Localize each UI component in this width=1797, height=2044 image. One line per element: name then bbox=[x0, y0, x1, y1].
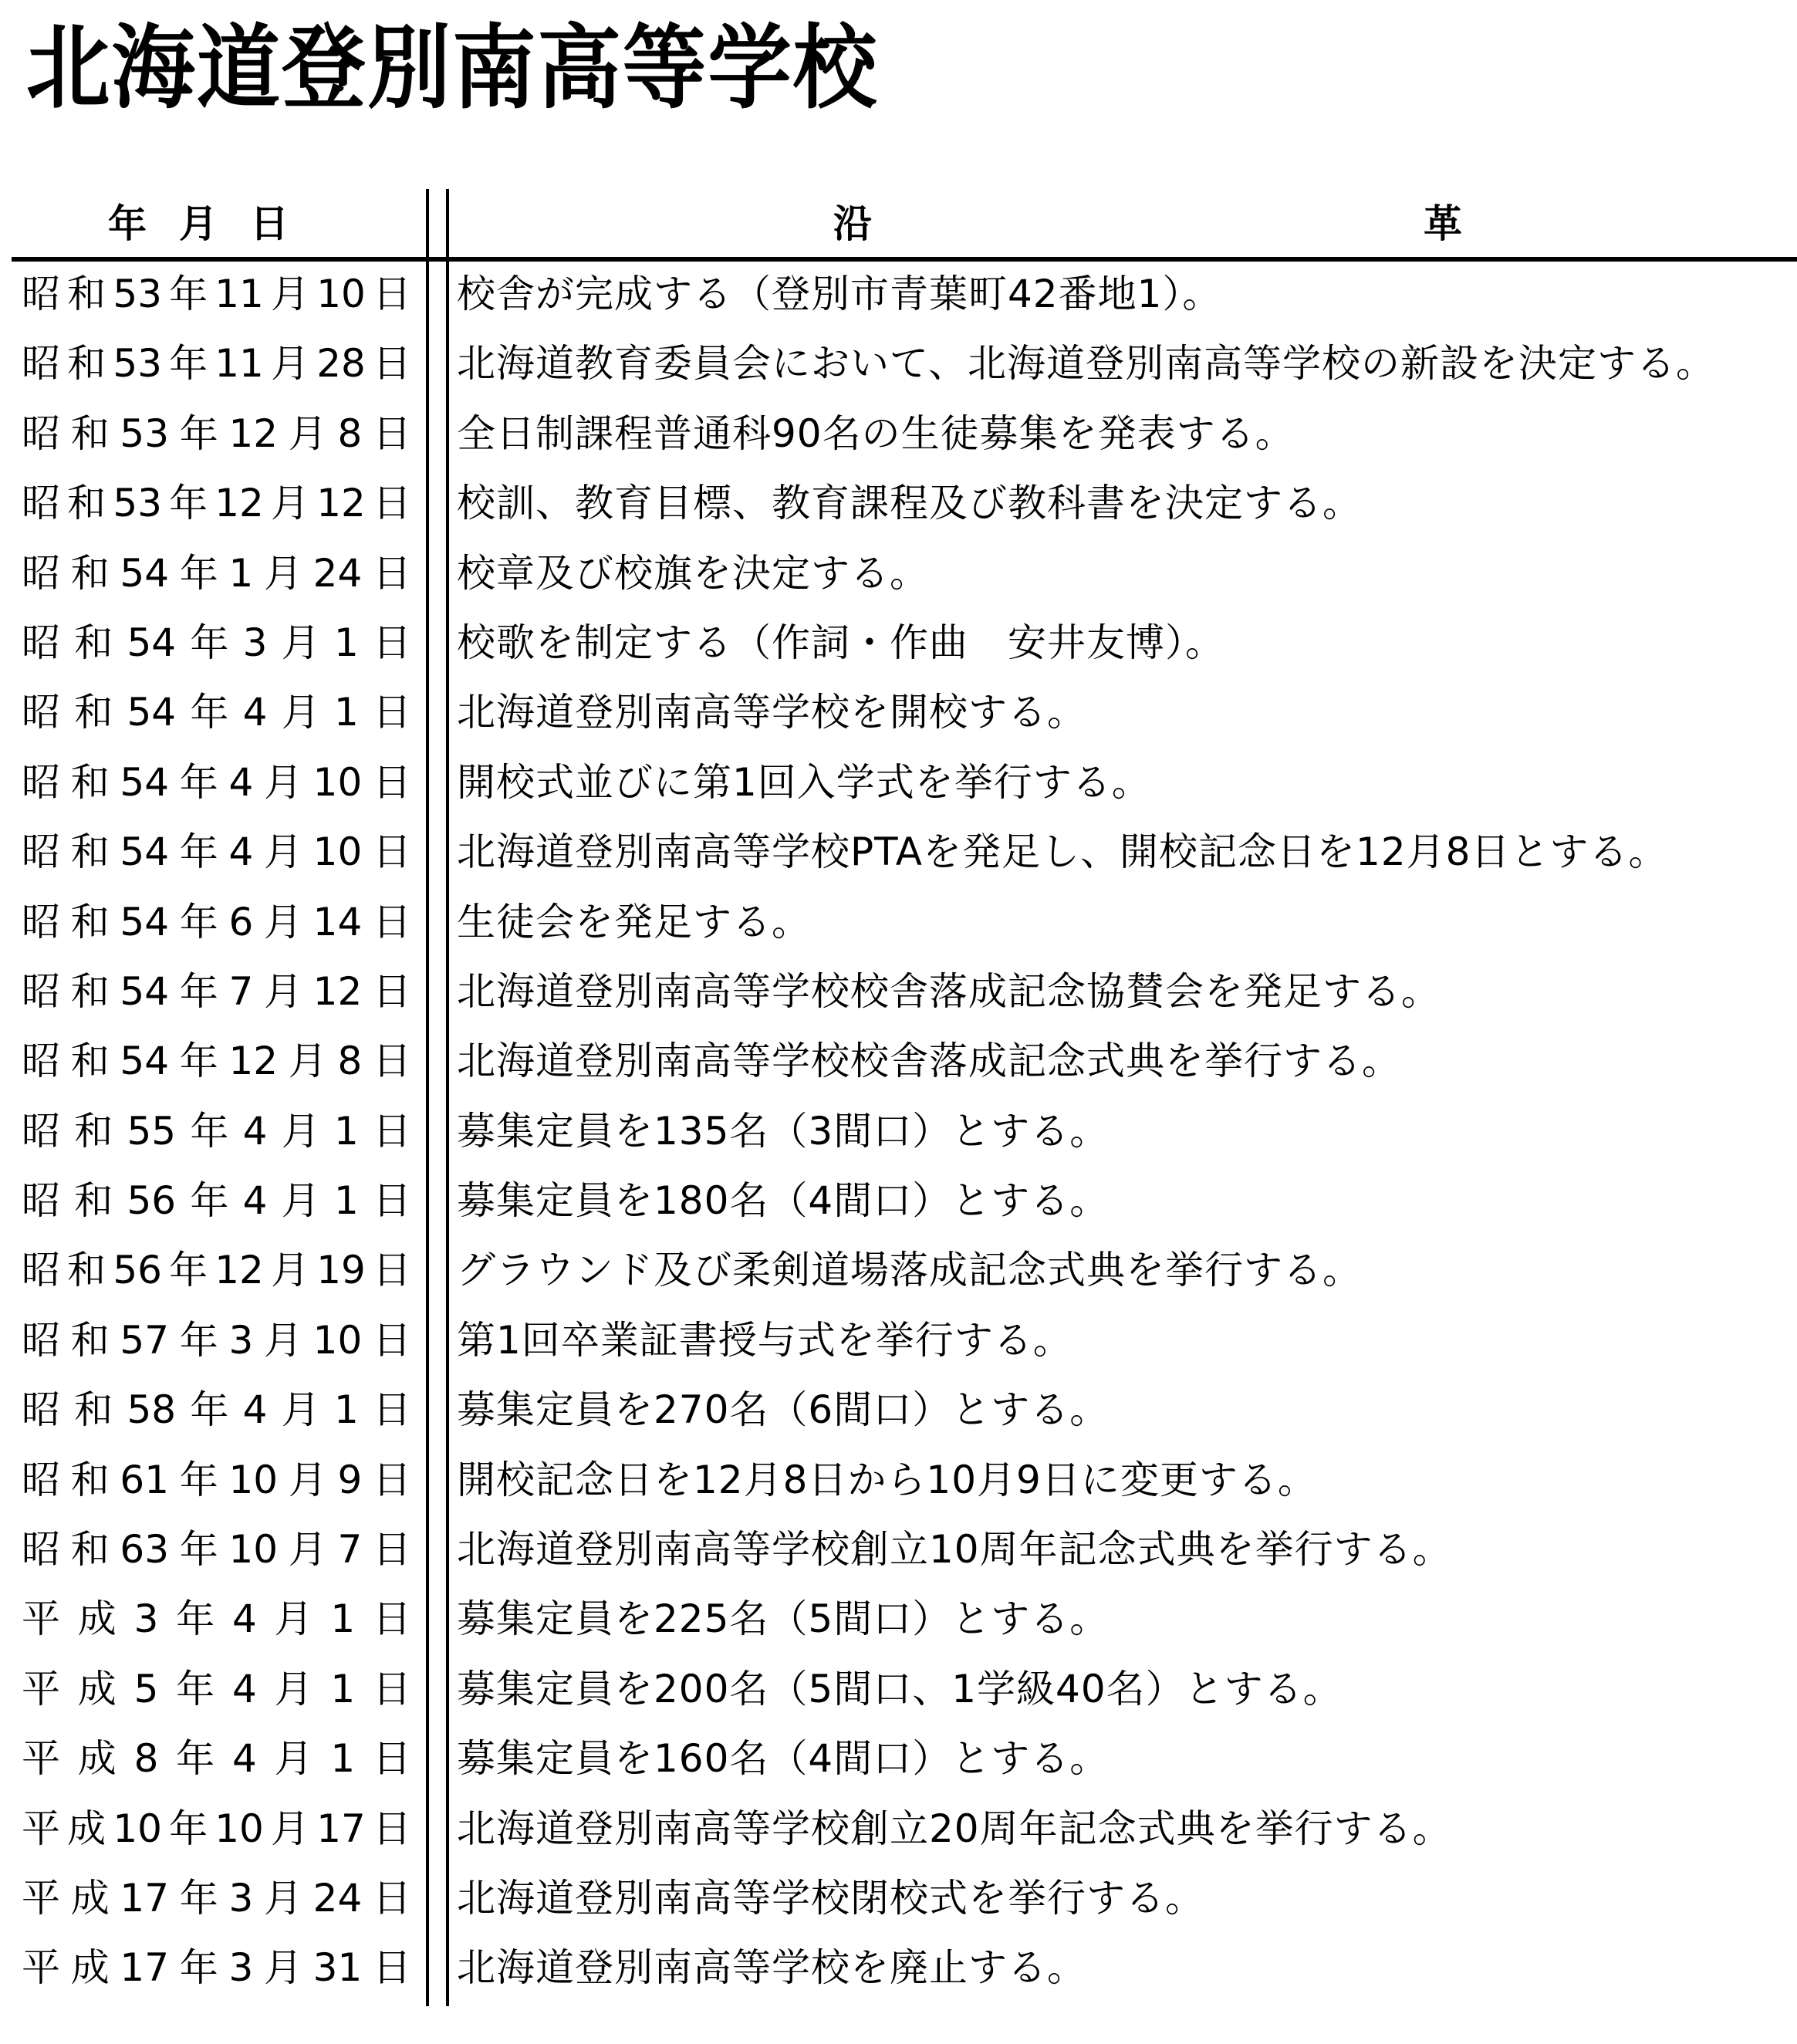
date-part: 平 bbox=[22, 1804, 60, 1853]
date-part: 年 bbox=[180, 967, 218, 1016]
date-part: 12 bbox=[316, 478, 366, 528]
date-part: 4 bbox=[228, 827, 253, 877]
date-part: 成 bbox=[71, 1943, 110, 1992]
date-part: 1 bbox=[334, 618, 359, 667]
table-row: 昭和54年12月8日北海道登別南高等学校校舎落成記念式典を挙行する。 bbox=[0, 1025, 1797, 1095]
date-part: 月 bbox=[264, 827, 302, 877]
date-part: 54 bbox=[120, 897, 169, 947]
header-history-1: 沿 bbox=[833, 197, 872, 251]
row-date: 昭和55年4月1日 bbox=[22, 1106, 411, 1156]
row-date: 昭和53年11月10日 bbox=[22, 269, 411, 319]
table-row: 昭和54年6月14日生徒会を発足する。 bbox=[0, 887, 1797, 956]
row-date: 昭和61年10月9日 bbox=[22, 1455, 411, 1505]
date-part: 年 bbox=[180, 1525, 218, 1574]
date-part: 55 bbox=[127, 1106, 177, 1156]
date-part: 年 bbox=[176, 1594, 214, 1644]
date-part: 昭 bbox=[22, 1245, 60, 1295]
date-part: 年 bbox=[190, 1176, 228, 1225]
date-part: 和 bbox=[71, 1455, 110, 1505]
date-part: 日 bbox=[373, 1594, 411, 1644]
date-part: 月 bbox=[282, 1385, 320, 1434]
date-part: 53 bbox=[113, 269, 162, 319]
row-description: 募集定員を135名（3間口）とする。 bbox=[457, 1106, 1109, 1156]
date-part: 月 bbox=[271, 478, 309, 528]
date-part: 年 bbox=[180, 549, 218, 598]
date-part: 54 bbox=[120, 827, 169, 877]
table-row: 昭和53年12月12日校訓、教育目標、教育課程及び教科書を決定する。 bbox=[0, 468, 1797, 537]
date-part: 年 bbox=[180, 897, 218, 947]
row-description: 募集定員を225名（5間口）とする。 bbox=[457, 1594, 1109, 1644]
date-part: 昭 bbox=[22, 478, 60, 528]
date-part: 53 bbox=[120, 409, 169, 458]
date-part: 和 bbox=[74, 1176, 113, 1225]
row-description: 第1回卒業証書授与式を挙行する。 bbox=[457, 1316, 1072, 1365]
date-part: 昭 bbox=[22, 549, 60, 598]
row-description: 全日制課程普通科90名の生徒募集を発表する。 bbox=[457, 409, 1295, 458]
table-row: 昭和53年11月10日校舎が完成する（登別市青葉町42番地1）。 bbox=[0, 258, 1797, 328]
date-part: 昭 bbox=[22, 1106, 60, 1156]
date-part: 10 bbox=[228, 1455, 278, 1505]
date-part: 和 bbox=[74, 618, 113, 667]
date-part: 成 bbox=[67, 1804, 106, 1853]
history-table: 昭和53年11月10日校舎が完成する（登別市青葉町42番地1）。昭和53年11月… bbox=[0, 258, 1797, 2002]
date-part: 63 bbox=[120, 1525, 169, 1574]
date-part: 年 bbox=[180, 1873, 218, 1923]
row-description: 校章及び校旗を決定する。 bbox=[457, 549, 929, 598]
date-part: 日 bbox=[373, 1385, 411, 1434]
date-part: 1 bbox=[334, 688, 359, 737]
date-part: 61 bbox=[120, 1455, 169, 1505]
date-part: 月 bbox=[264, 897, 302, 947]
date-part: 昭 bbox=[22, 409, 60, 458]
date-part: 年 bbox=[180, 1316, 218, 1365]
date-part: 年 bbox=[169, 1245, 208, 1295]
row-description: 北海道登別南高等学校閉校式を挙行する。 bbox=[457, 1873, 1204, 1923]
date-part: 和 bbox=[74, 688, 113, 737]
date-part: 月 bbox=[271, 339, 309, 388]
date-part: 日 bbox=[373, 1804, 411, 1853]
date-part: 昭 bbox=[22, 1176, 60, 1225]
row-description: 募集定員を270名（6間口）とする。 bbox=[457, 1385, 1109, 1434]
date-part: 和 bbox=[71, 827, 110, 877]
date-part: 54 bbox=[120, 549, 169, 598]
date-part: 10 bbox=[228, 1525, 278, 1574]
date-part: 昭 bbox=[22, 339, 60, 388]
table-row: 平成17年3月31日北海道登別南高等学校を廃止する。 bbox=[0, 1932, 1797, 2002]
date-part: 年 bbox=[190, 618, 228, 667]
table-row: 平成3年4月1日募集定員を225名（5間口）とする。 bbox=[0, 1583, 1797, 1653]
row-date: 昭和53年12月8日 bbox=[22, 409, 411, 458]
date-part: 月 bbox=[271, 1245, 309, 1295]
date-part: 月 bbox=[289, 1036, 327, 1086]
date-part: 1 bbox=[334, 1106, 359, 1156]
row-description: 生徒会を発足する。 bbox=[457, 897, 811, 947]
date-part: 昭 bbox=[22, 967, 60, 1016]
date-part: 年 bbox=[180, 827, 218, 877]
table-row: 昭和56年12月19日グラウンド及び柔剣道場落成記念式典を挙行する。 bbox=[0, 1235, 1797, 1304]
header-date: 年月日 bbox=[108, 197, 321, 251]
date-part: 31 bbox=[313, 1943, 363, 1992]
date-part: 和 bbox=[71, 549, 110, 598]
date-part: 和 bbox=[67, 339, 106, 388]
row-date: 昭和54年7月12日 bbox=[22, 967, 411, 1016]
table-row: 昭和54年4月10日北海道登別南高等学校PTAを発足し、開校記念日を12月8日と… bbox=[0, 816, 1797, 886]
row-date: 昭和54年4月1日 bbox=[22, 688, 411, 737]
row-description: 北海道教育委員会において、北海道登別南高等学校の新設を決定する。 bbox=[457, 339, 1715, 388]
date-part: 月 bbox=[289, 1525, 327, 1574]
table-row: 昭和61年10月9日開校記念日を12月8日から10月9日に変更する。 bbox=[0, 1444, 1797, 1514]
date-part: 平 bbox=[22, 1734, 60, 1783]
row-date: 昭和56年12月19日 bbox=[22, 1245, 411, 1295]
date-part: 和 bbox=[71, 409, 110, 458]
table-row: 昭和54年4月1日北海道登別南高等学校を開校する。 bbox=[0, 677, 1797, 746]
date-part: 成 bbox=[78, 1734, 117, 1783]
date-part: 日 bbox=[373, 1734, 411, 1783]
date-part: 月 bbox=[275, 1664, 313, 1714]
row-date: 昭和54年1月24日 bbox=[22, 549, 411, 598]
date-part: 日 bbox=[373, 827, 411, 877]
date-part: 昭 bbox=[22, 1036, 60, 1086]
date-part: 12 bbox=[313, 967, 363, 1016]
row-date: 平成8年4月1日 bbox=[22, 1734, 411, 1783]
date-part: 56 bbox=[113, 1245, 162, 1295]
date-part: 3 bbox=[243, 618, 268, 667]
date-part: 月 bbox=[264, 1873, 302, 1923]
row-description: 北海道登別南高等学校校舎落成記念式典を挙行する。 bbox=[457, 1036, 1401, 1086]
date-part: 53 bbox=[113, 478, 162, 528]
date-part: 日 bbox=[373, 1664, 411, 1714]
date-part: 57 bbox=[120, 1316, 169, 1365]
date-part: 54 bbox=[120, 1036, 169, 1086]
date-part: 56 bbox=[127, 1176, 177, 1225]
table-row: 昭和54年1月24日校章及び校旗を決定する。 bbox=[0, 538, 1797, 607]
date-part: 8 bbox=[134, 1734, 159, 1783]
date-part: 平 bbox=[22, 1873, 60, 1923]
date-part: 昭 bbox=[22, 269, 60, 319]
date-part: 月 bbox=[264, 549, 302, 598]
date-part: 昭 bbox=[22, 1316, 60, 1365]
row-date: 昭和53年12月12日 bbox=[22, 478, 411, 528]
date-part: 年 bbox=[190, 688, 228, 737]
date-part: 3 bbox=[228, 1316, 253, 1365]
date-part: 年 bbox=[180, 409, 218, 458]
table-row: 平成8年4月1日募集定員を160名（4間口）とする。 bbox=[0, 1723, 1797, 1792]
date-part: 10 bbox=[313, 1316, 363, 1365]
date-part: 平 bbox=[22, 1943, 60, 1992]
date-part: 月 bbox=[282, 1106, 320, 1156]
date-part: 1 bbox=[330, 1664, 355, 1714]
date-part: 日 bbox=[373, 688, 411, 737]
date-part: 11 bbox=[214, 339, 264, 388]
date-part: 月 bbox=[264, 1943, 302, 1992]
date-part: 月 bbox=[282, 688, 320, 737]
date-part: 4 bbox=[243, 1176, 268, 1225]
date-part: 24 bbox=[313, 549, 363, 598]
date-part: 月 bbox=[289, 409, 327, 458]
date-part: 10 bbox=[113, 1804, 162, 1853]
date-part: 和 bbox=[67, 269, 106, 319]
date-part: 成 bbox=[78, 1594, 117, 1644]
date-part: 日 bbox=[373, 339, 411, 388]
date-part: 昭 bbox=[22, 758, 60, 807]
date-part: 和 bbox=[67, 1245, 106, 1295]
date-part: 17 bbox=[316, 1804, 366, 1853]
row-description: 北海道登別南高等学校PTAを発足し、開校記念日を12月8日とする。 bbox=[457, 827, 1667, 877]
date-part: 昭 bbox=[22, 827, 60, 877]
date-part: 平 bbox=[22, 1594, 60, 1644]
row-description: 北海道登別南高等学校校舎落成記念協賛会を発足する。 bbox=[457, 967, 1441, 1016]
date-part: 成 bbox=[78, 1664, 117, 1714]
date-part: 1 bbox=[330, 1734, 355, 1783]
date-part: 4 bbox=[232, 1664, 257, 1714]
date-part: 8 bbox=[337, 1036, 362, 1086]
date-part: 日 bbox=[373, 1316, 411, 1365]
date-part: 54 bbox=[120, 967, 169, 1016]
table-row: 昭和56年4月1日募集定員を180名（4間口）とする。 bbox=[0, 1165, 1797, 1235]
date-part: 日 bbox=[373, 758, 411, 807]
row-description: 募集定員を200名（5間口、1学級40名）とする。 bbox=[457, 1664, 1343, 1714]
date-part: 14 bbox=[313, 897, 363, 947]
date-part: 和 bbox=[71, 897, 110, 947]
date-part: 年 bbox=[180, 758, 218, 807]
date-part: 54 bbox=[120, 758, 169, 807]
row-date: 昭和54年4月10日 bbox=[22, 758, 411, 807]
row-date: 平成3年4月1日 bbox=[22, 1594, 411, 1644]
date-part: 昭 bbox=[22, 897, 60, 947]
header-history-2: 革 bbox=[1424, 197, 1462, 251]
row-description: 募集定員を180名（4間口）とする。 bbox=[457, 1176, 1109, 1225]
date-part: 和 bbox=[71, 967, 110, 1016]
date-part: 53 bbox=[113, 339, 162, 388]
table-row: 昭和57年3月10日第1回卒業証書授与式を挙行する。 bbox=[0, 1305, 1797, 1374]
row-description: 開校記念日を12月8日から10月9日に変更する。 bbox=[457, 1455, 1317, 1505]
date-part: 平 bbox=[22, 1664, 60, 1714]
date-part: 日 bbox=[373, 618, 411, 667]
date-part: 日 bbox=[373, 1106, 411, 1156]
date-part: 8 bbox=[337, 409, 362, 458]
date-part: 日 bbox=[373, 1455, 411, 1505]
date-part: 月 bbox=[282, 1176, 320, 1225]
date-part: 4 bbox=[228, 758, 253, 807]
date-part: 日 bbox=[373, 269, 411, 319]
date-part: 年 bbox=[176, 1664, 214, 1714]
date-part: 月 bbox=[271, 1804, 309, 1853]
row-description: グラウンド及び柔剣道場落成記念式典を挙行する。 bbox=[457, 1245, 1362, 1295]
date-part: 日 bbox=[373, 1873, 411, 1923]
date-part: 和 bbox=[71, 1525, 110, 1574]
table-row: 昭和54年3月1日校歌を制定する（作詞・作曲 安井友博）。 bbox=[0, 607, 1797, 677]
date-part: 24 bbox=[313, 1873, 363, 1923]
date-part: 昭 bbox=[22, 1455, 60, 1505]
date-part: 5 bbox=[134, 1664, 159, 1714]
date-part: 月 bbox=[275, 1734, 313, 1783]
date-part: 年 bbox=[190, 1385, 228, 1434]
date-part: 3 bbox=[228, 1873, 253, 1923]
table-row: 平成5年4月1日募集定員を200名（5間口、1学級40名）とする。 bbox=[0, 1654, 1797, 1723]
date-part: 和 bbox=[71, 758, 110, 807]
date-part: 7 bbox=[337, 1525, 362, 1574]
table-row: 昭和53年11月28日北海道教育委員会において、北海道登別南高等学校の新設を決定… bbox=[0, 328, 1797, 397]
row-date: 昭和58年4月1日 bbox=[22, 1385, 411, 1434]
date-part: 9 bbox=[337, 1455, 362, 1505]
date-part: 10 bbox=[316, 269, 366, 319]
date-part: 10 bbox=[313, 827, 363, 877]
row-date: 昭和56年4月1日 bbox=[22, 1176, 411, 1225]
table-row: 平成17年3月24日北海道登別南高等学校閉校式を挙行する。 bbox=[0, 1863, 1797, 1932]
date-part: 日 bbox=[373, 1525, 411, 1574]
date-part: 1 bbox=[334, 1176, 359, 1225]
table-row: 昭和54年7月12日北海道登別南高等学校校舎落成記念協賛会を発足する。 bbox=[0, 956, 1797, 1025]
date-part: 12 bbox=[228, 1036, 278, 1086]
date-part: 6 bbox=[228, 897, 253, 947]
date-part: 和 bbox=[74, 1106, 113, 1156]
row-description: 募集定員を160名（4間口）とする。 bbox=[457, 1734, 1109, 1783]
row-description: 校訓、教育目標、教育課程及び教科書を決定する。 bbox=[457, 478, 1362, 528]
row-date: 平成10年10月17日 bbox=[22, 1804, 411, 1853]
table-row: 平成10年10月17日北海道登別南高等学校創立20周年記念式典を挙行する。 bbox=[0, 1793, 1797, 1863]
date-part: 日 bbox=[373, 409, 411, 458]
date-part: 54 bbox=[127, 688, 177, 737]
date-part: 日 bbox=[373, 1245, 411, 1295]
date-part: 17 bbox=[120, 1943, 169, 1992]
table-row: 昭和58年4月1日募集定員を270名（6間口）とする。 bbox=[0, 1374, 1797, 1444]
row-description: 北海道登別南高等学校創立20周年記念式典を挙行する。 bbox=[457, 1804, 1452, 1853]
date-part: 年 bbox=[180, 1455, 218, 1505]
date-part: 月 bbox=[264, 967, 302, 1016]
date-part: 10 bbox=[214, 1804, 264, 1853]
row-date: 昭和54年6月14日 bbox=[22, 897, 411, 947]
date-part: 12 bbox=[228, 409, 278, 458]
date-part: 日 bbox=[373, 967, 411, 1016]
date-part: 年 bbox=[180, 1943, 218, 1992]
row-date: 昭和54年3月1日 bbox=[22, 618, 411, 667]
date-part: 4 bbox=[232, 1734, 257, 1783]
date-part: 1 bbox=[228, 549, 253, 598]
row-date: 平成17年3月24日 bbox=[22, 1873, 411, 1923]
date-part: 年 bbox=[169, 478, 208, 528]
date-part: 年 bbox=[169, 269, 208, 319]
date-part: 日 bbox=[373, 897, 411, 947]
date-part: 月 bbox=[271, 269, 309, 319]
date-part: 昭 bbox=[22, 688, 60, 737]
date-part: 年 bbox=[180, 1036, 218, 1086]
date-part: 昭 bbox=[22, 618, 60, 667]
row-date: 昭和63年10月7日 bbox=[22, 1525, 411, 1574]
date-part: 11 bbox=[214, 269, 264, 319]
row-date: 平成17年3月31日 bbox=[22, 1943, 411, 1992]
date-part: 和 bbox=[74, 1385, 113, 1434]
row-description: 校舎が完成する（登別市青葉町42番地1）。 bbox=[457, 269, 1221, 319]
date-part: 10 bbox=[313, 758, 363, 807]
date-part: 28 bbox=[316, 339, 366, 388]
date-part: 昭 bbox=[22, 1525, 60, 1574]
date-part: 年 bbox=[169, 339, 208, 388]
row-date: 昭和54年12月8日 bbox=[22, 1036, 411, 1086]
date-part: 4 bbox=[243, 1106, 268, 1156]
row-description: 北海道登別南高等学校を廃止する。 bbox=[457, 1943, 1086, 1992]
date-part: 3 bbox=[228, 1943, 253, 1992]
date-part: 3 bbox=[134, 1594, 159, 1644]
date-part: 月 bbox=[289, 1455, 327, 1505]
page-title: 北海道登別南高等学校 bbox=[26, 17, 878, 119]
date-part: 4 bbox=[243, 688, 268, 737]
date-part: 12 bbox=[214, 478, 264, 528]
date-part: 1 bbox=[330, 1594, 355, 1644]
date-part: 年 bbox=[190, 1106, 228, 1156]
table-row: 昭和55年4月1日募集定員を135名（3間口）とする。 bbox=[0, 1096, 1797, 1165]
row-date: 昭和57年3月10日 bbox=[22, 1316, 411, 1365]
date-part: 和 bbox=[67, 478, 106, 528]
date-part: 17 bbox=[120, 1873, 169, 1923]
row-description: 校歌を制定する（作詞・作曲 安井友博）。 bbox=[457, 618, 1224, 667]
date-part: 和 bbox=[71, 1316, 110, 1365]
date-part: 19 bbox=[316, 1245, 366, 1295]
table-row: 昭和54年4月10日開校式並びに第1回入学式を挙行する。 bbox=[0, 747, 1797, 816]
date-part: 日 bbox=[373, 478, 411, 528]
date-part: 日 bbox=[373, 1176, 411, 1225]
date-part: 年 bbox=[169, 1804, 208, 1853]
row-description: 北海道登別南高等学校を開校する。 bbox=[457, 688, 1086, 737]
date-part: 4 bbox=[243, 1385, 268, 1434]
date-part: 月 bbox=[264, 758, 302, 807]
table-row: 昭和53年12月8日全日制課程普通科90名の生徒募集を発表する。 bbox=[0, 398, 1797, 468]
date-part: 日 bbox=[373, 1036, 411, 1086]
row-date: 昭和53年11月28日 bbox=[22, 339, 411, 388]
date-part: 12 bbox=[214, 1245, 264, 1295]
date-part: 年 bbox=[176, 1734, 214, 1783]
date-part: 4 bbox=[232, 1594, 257, 1644]
date-part: 54 bbox=[127, 618, 177, 667]
date-part: 7 bbox=[228, 967, 253, 1016]
date-part: 日 bbox=[373, 1943, 411, 1992]
date-part: 1 bbox=[334, 1385, 359, 1434]
date-part: 日 bbox=[373, 549, 411, 598]
date-part: 月 bbox=[282, 618, 320, 667]
row-date: 平成5年4月1日 bbox=[22, 1664, 411, 1714]
date-part: 月 bbox=[275, 1594, 313, 1644]
table-row: 昭和63年10月7日北海道登別南高等学校創立10周年記念式典を挙行する。 bbox=[0, 1514, 1797, 1583]
row-description: 開校式並びに第1回入学式を挙行する。 bbox=[457, 758, 1151, 807]
date-part: 昭 bbox=[22, 1385, 60, 1434]
date-part: 58 bbox=[127, 1385, 177, 1434]
date-part: 和 bbox=[71, 1036, 110, 1086]
row-date: 昭和54年4月10日 bbox=[22, 827, 411, 877]
date-part: 月 bbox=[264, 1316, 302, 1365]
date-part: 成 bbox=[71, 1873, 110, 1923]
row-description: 北海道登別南高等学校創立10周年記念式典を挙行する。 bbox=[457, 1525, 1452, 1574]
